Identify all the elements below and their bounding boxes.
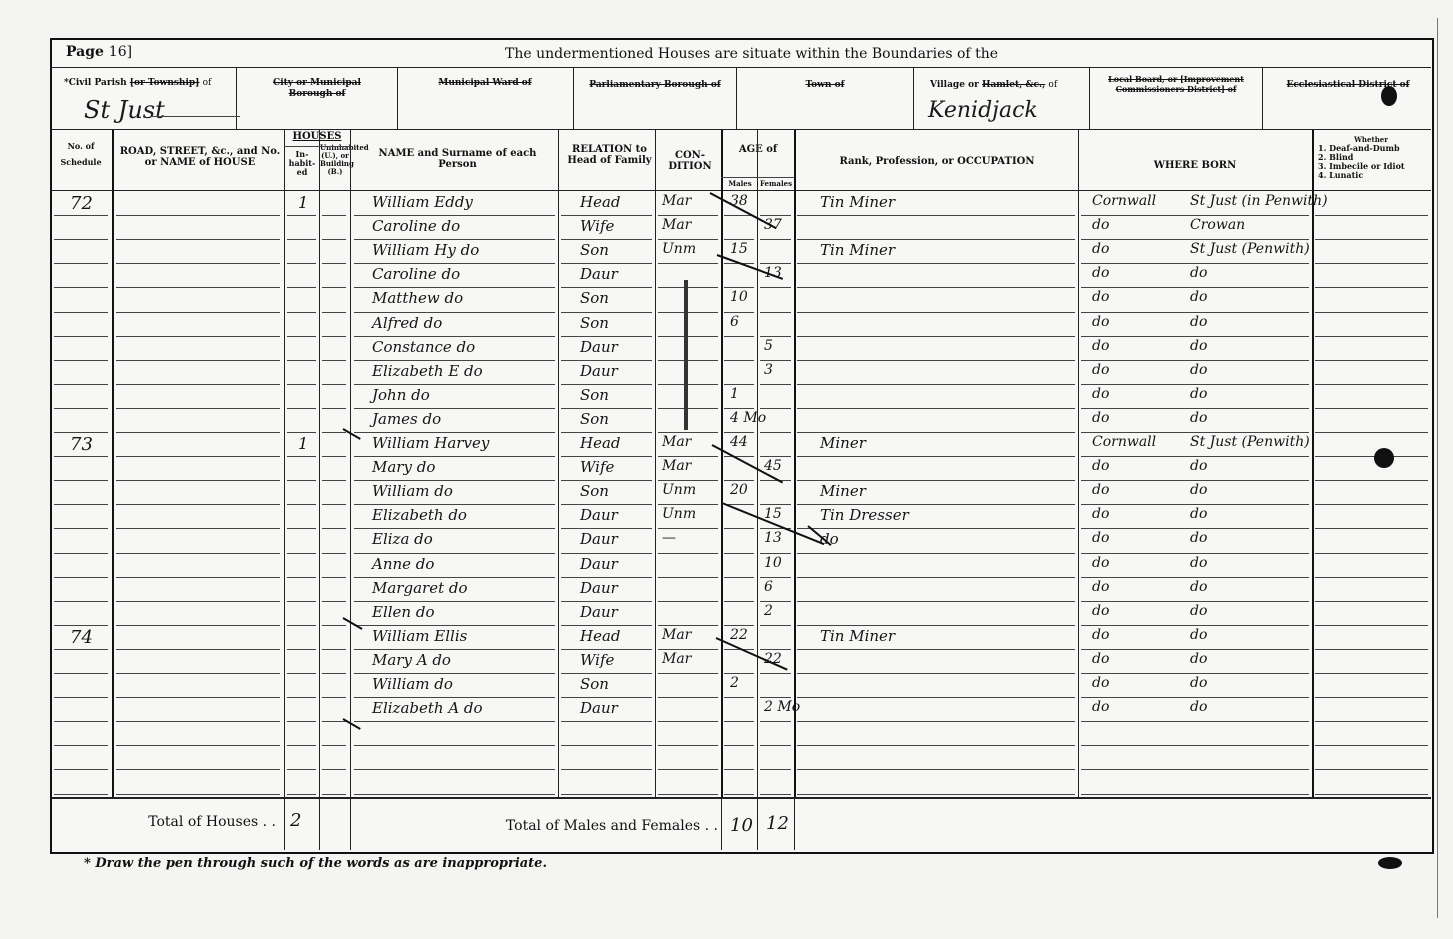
total-females: 12 xyxy=(766,813,789,834)
col-occupation: Rank, Profession, or OCCUPATION xyxy=(796,156,1078,167)
occupation: Tin Miner xyxy=(820,241,895,259)
row-rule xyxy=(561,312,652,313)
row-rule xyxy=(287,287,316,288)
row-rule xyxy=(54,721,108,722)
row-rule xyxy=(760,287,791,288)
col-where-born: WHERE BORN xyxy=(1080,160,1310,171)
row-rule xyxy=(797,745,1075,746)
row-rule xyxy=(724,432,754,433)
row-rule xyxy=(1315,312,1428,313)
born-place: do xyxy=(1190,555,1207,571)
row-rule xyxy=(561,528,652,529)
row-rule xyxy=(724,769,754,770)
born-county: Cornwall xyxy=(1092,193,1156,209)
row-rule xyxy=(797,673,1075,674)
row-rule xyxy=(116,360,280,361)
row-rule xyxy=(760,721,791,722)
person-name: Ellen do xyxy=(372,603,434,621)
female-age: 5 xyxy=(764,338,773,354)
ink-blot xyxy=(1374,448,1394,468)
pencil-mark xyxy=(684,280,688,430)
male-age: 20 xyxy=(730,482,748,498)
row-rule xyxy=(561,239,652,240)
row-rule xyxy=(116,794,280,795)
person-name: Mary do xyxy=(372,458,435,476)
female-age: 3 xyxy=(764,362,773,378)
person-name: Elizabeth A do xyxy=(372,699,483,717)
column-rule xyxy=(350,130,351,797)
row-rule xyxy=(658,504,718,505)
row-rule xyxy=(561,456,652,457)
row-rule xyxy=(724,312,754,313)
row-rule xyxy=(354,480,555,481)
local-board-label: Local Board, or [Improvement Commissione… xyxy=(1094,74,1258,94)
condition: Mar xyxy=(662,217,691,233)
female-age: 45 xyxy=(764,458,782,474)
row-rule xyxy=(658,794,718,795)
row-rule xyxy=(1315,432,1428,433)
relation: Son xyxy=(580,410,609,428)
row-rule xyxy=(797,480,1075,481)
row-rule xyxy=(1081,384,1309,385)
row-rule xyxy=(116,504,280,505)
row-rule xyxy=(724,745,754,746)
row-rule xyxy=(658,553,718,554)
row-rule xyxy=(322,408,346,409)
person-name: Mary A do xyxy=(372,651,451,669)
row-rule xyxy=(322,528,346,529)
born-county: do xyxy=(1092,530,1109,546)
born-county: do xyxy=(1092,314,1109,330)
row-rule xyxy=(322,384,346,385)
row-rule xyxy=(724,287,754,288)
row-rule xyxy=(760,794,791,795)
row-rule xyxy=(760,625,791,626)
total-persons-label: Total of Males and Females . . xyxy=(420,818,718,834)
row-rule xyxy=(287,239,316,240)
total-males: 10 xyxy=(730,815,753,836)
row-rule xyxy=(322,697,346,698)
born-place: do xyxy=(1190,458,1207,474)
row-rule xyxy=(1081,480,1309,481)
row-rule xyxy=(354,794,555,795)
row-rule xyxy=(1081,456,1309,457)
row-rule xyxy=(760,312,791,313)
row-rule xyxy=(287,745,316,746)
row-rule xyxy=(354,553,555,554)
row-rule xyxy=(1315,625,1428,626)
row-rule xyxy=(354,673,555,674)
row-rule xyxy=(760,697,791,698)
row-rule xyxy=(561,673,652,674)
born-county: do xyxy=(1092,506,1109,522)
ecclesiastical-district-label: Ecclesiastical District of xyxy=(1268,80,1428,90)
row-rule xyxy=(658,697,718,698)
born-place: do xyxy=(1190,362,1207,378)
row-rule xyxy=(797,649,1075,650)
relation: Head xyxy=(580,193,621,211)
relation: Son xyxy=(580,482,609,500)
row-rule xyxy=(797,528,1075,529)
row-rule xyxy=(54,601,108,602)
person-name: Caroline do xyxy=(372,217,460,235)
row-rule xyxy=(561,384,652,385)
condition: Mar xyxy=(662,458,691,474)
row-rule xyxy=(287,456,316,457)
row-rule xyxy=(322,625,346,626)
col-road: ROAD, STREET, &c., and No. or NAME of HO… xyxy=(115,146,285,168)
row-rule xyxy=(54,697,108,698)
relation: Daur xyxy=(580,579,618,597)
male-age: 6 xyxy=(730,314,739,330)
born-place: Crowan xyxy=(1190,217,1245,233)
relation: Daur xyxy=(580,555,618,573)
row-rule xyxy=(287,769,316,770)
row-rule xyxy=(54,480,108,481)
born-place: St Just (Penwith) xyxy=(1190,241,1310,257)
row-rule xyxy=(54,360,108,361)
row-rule xyxy=(797,794,1075,795)
row-rule xyxy=(1315,287,1428,288)
row-rule xyxy=(54,577,108,578)
column-rule xyxy=(284,797,285,850)
born-county: do xyxy=(1092,699,1109,715)
col-males: Males xyxy=(723,180,757,188)
schedule-number: 74 xyxy=(70,627,93,648)
row-rule xyxy=(797,504,1075,505)
born-county: do xyxy=(1092,410,1109,426)
person-name: William Hy do xyxy=(372,241,479,259)
born-place: do xyxy=(1190,289,1207,305)
row-rule xyxy=(658,480,718,481)
row-rule xyxy=(1081,673,1309,674)
row-rule xyxy=(287,577,316,578)
condition: Mar xyxy=(662,627,691,643)
row-rule xyxy=(54,649,108,650)
column-rule xyxy=(1078,130,1079,797)
row-rule xyxy=(1081,649,1309,650)
row-rule xyxy=(797,577,1075,578)
row-rule xyxy=(658,287,718,288)
condition: Unm xyxy=(662,506,696,522)
row-rule xyxy=(1081,287,1309,288)
column-rule xyxy=(350,797,351,850)
row-rule xyxy=(760,504,791,505)
row-rule xyxy=(724,336,754,337)
born-place: do xyxy=(1190,603,1207,619)
row-rule xyxy=(116,239,280,240)
page-edge xyxy=(1437,18,1438,918)
row-rule xyxy=(1315,408,1428,409)
row-rule xyxy=(658,625,718,626)
row-rule xyxy=(354,577,555,578)
person-name: Matthew do xyxy=(372,289,463,307)
row-rule xyxy=(724,697,754,698)
row-rule xyxy=(797,721,1075,722)
born-county: do xyxy=(1092,362,1109,378)
row-rule xyxy=(287,697,316,698)
female-age: 2 Mo xyxy=(764,699,800,715)
row-rule xyxy=(1315,577,1428,578)
row-rule xyxy=(561,769,652,770)
female-age: 13 xyxy=(764,530,782,546)
row-rule xyxy=(760,601,791,602)
footnote: * Draw the pen through such of the words… xyxy=(84,856,547,871)
relation: Son xyxy=(580,675,609,693)
row-rule xyxy=(1315,721,1428,722)
row-rule xyxy=(287,360,316,361)
person-name: John do xyxy=(372,386,430,404)
row-rule xyxy=(287,673,316,674)
row-rule xyxy=(561,601,652,602)
row-rule xyxy=(287,528,316,529)
row-rule xyxy=(322,480,346,481)
row-rule xyxy=(561,745,652,746)
row-rule xyxy=(561,480,652,481)
row-rule xyxy=(54,528,108,529)
houses-inhabited: 1 xyxy=(298,434,308,453)
row-rule xyxy=(116,697,280,698)
row-rule xyxy=(1315,769,1428,770)
row-rule xyxy=(54,456,108,457)
row-rule xyxy=(797,384,1075,385)
row-rule xyxy=(54,312,108,313)
row-rule xyxy=(658,432,718,433)
row-rule xyxy=(354,769,555,770)
row-rule xyxy=(287,504,316,505)
born-county: do xyxy=(1092,458,1109,474)
person-name: William do xyxy=(372,675,453,693)
row-rule xyxy=(322,239,346,240)
row-rule xyxy=(287,794,316,795)
row-rule xyxy=(1081,721,1309,722)
row-rule xyxy=(797,263,1075,264)
row-rule xyxy=(116,336,280,337)
row-rule xyxy=(760,673,791,674)
row-rule xyxy=(354,504,555,505)
relation: Daur xyxy=(580,338,618,356)
row-rule xyxy=(561,432,652,433)
whether-list: 1. Deaf-and-Dumb2. Blind3. Imbecile or I… xyxy=(1318,144,1405,180)
row-rule xyxy=(1315,215,1428,216)
row-rule xyxy=(1081,360,1309,361)
row-rule xyxy=(658,528,718,529)
row-rule xyxy=(724,673,754,674)
row-rule xyxy=(322,287,346,288)
row-rule xyxy=(287,625,316,626)
row-rule xyxy=(561,697,652,698)
person-name: Margaret do xyxy=(372,579,468,597)
born-place: do xyxy=(1190,530,1207,546)
row-rule xyxy=(354,408,555,409)
row-rule xyxy=(54,408,108,409)
row-rule xyxy=(116,312,280,313)
total-houses-label: Total of Houses . . xyxy=(120,814,276,830)
row-rule xyxy=(287,553,316,554)
row-rule xyxy=(561,553,652,554)
col-relation: RELATION to Head of Family xyxy=(562,144,657,166)
row-rule xyxy=(322,745,346,746)
born-county: do xyxy=(1092,241,1109,257)
row-rule xyxy=(1081,408,1309,409)
born-county: do xyxy=(1092,217,1109,233)
row-rule xyxy=(1315,794,1428,795)
born-county: do xyxy=(1092,555,1109,571)
person-name: Constance do xyxy=(372,338,475,356)
relation: Daur xyxy=(580,530,618,548)
born-county: do xyxy=(1092,386,1109,402)
male-age: 15 xyxy=(730,241,748,257)
relation: Son xyxy=(580,241,609,259)
born-place: do xyxy=(1190,579,1207,595)
row-rule xyxy=(287,263,316,264)
row-rule xyxy=(1081,263,1309,264)
row-rule xyxy=(760,336,791,337)
row-rule xyxy=(658,239,718,240)
born-place: do xyxy=(1190,482,1207,498)
born-place: St Just (in Penwith) xyxy=(1190,193,1328,209)
born-place: do xyxy=(1190,410,1207,426)
row-rule xyxy=(797,697,1075,698)
row-rule xyxy=(354,456,555,457)
row-rule xyxy=(760,577,791,578)
row-rule xyxy=(797,432,1075,433)
row-rule xyxy=(287,649,316,650)
civil-parish-label: *Civil Parish [or Township] of xyxy=(64,78,211,88)
col-condition: CON-DITION xyxy=(660,150,720,172)
row-rule xyxy=(54,553,108,554)
row-rule xyxy=(1081,601,1309,602)
row-rule xyxy=(797,456,1075,457)
row-rule xyxy=(658,263,718,264)
row-rule xyxy=(724,360,754,361)
relation: Wife xyxy=(580,651,614,669)
row-rule xyxy=(54,336,108,337)
row-rule xyxy=(658,408,718,409)
male-age: 2 xyxy=(730,675,739,691)
row-rule xyxy=(322,769,346,770)
row-rule xyxy=(1081,577,1309,578)
row-rule xyxy=(724,794,754,795)
row-rule xyxy=(797,769,1075,770)
row-rule xyxy=(54,769,108,770)
column-rule xyxy=(794,130,796,797)
row-rule xyxy=(116,287,280,288)
column-rule xyxy=(794,797,795,850)
relation: Head xyxy=(580,627,621,645)
row-rule xyxy=(1081,745,1309,746)
row-rule xyxy=(658,384,718,385)
row-rule xyxy=(322,312,346,313)
row-rule xyxy=(1315,601,1428,602)
parliamentary-borough-label: Parliamentary Borough of xyxy=(580,80,730,90)
person-name: Alfred do xyxy=(372,314,442,332)
row-rule xyxy=(561,215,652,216)
row-rule xyxy=(561,336,652,337)
row-rule xyxy=(287,336,316,337)
occupation: Miner xyxy=(820,434,866,452)
row-rule xyxy=(116,649,280,650)
row-rule xyxy=(354,432,555,433)
row-rule xyxy=(724,553,754,554)
row-rule xyxy=(1081,312,1309,313)
ink-blot-bottom xyxy=(1378,857,1402,869)
row-rule xyxy=(354,239,555,240)
relation: Wife xyxy=(580,217,614,235)
born-county: Cornwall xyxy=(1092,434,1156,450)
row-rule xyxy=(561,408,652,409)
row-rule xyxy=(116,745,280,746)
relation: Daur xyxy=(580,362,618,380)
row-rule xyxy=(54,287,108,288)
column-rule xyxy=(284,130,285,797)
row-rule xyxy=(1315,504,1428,505)
row-rule xyxy=(1081,215,1309,216)
row-rule xyxy=(322,673,346,674)
whether-item: 4. Lunatic xyxy=(1318,171,1405,180)
row-rule xyxy=(561,504,652,505)
row-rule xyxy=(724,456,754,457)
born-county: do xyxy=(1092,265,1109,281)
condition: Mar xyxy=(662,193,691,209)
row-rule xyxy=(658,577,718,578)
born-county: do xyxy=(1092,338,1109,354)
row-rule xyxy=(760,456,791,457)
row-rule xyxy=(797,601,1075,602)
row-rule xyxy=(116,408,280,409)
row-rule xyxy=(322,721,346,722)
row-rule xyxy=(797,287,1075,288)
row-rule xyxy=(658,312,718,313)
column-rule xyxy=(319,130,320,797)
col-houses: HOUSES xyxy=(286,131,348,142)
row-rule xyxy=(116,769,280,770)
rule xyxy=(721,177,794,178)
column-rule xyxy=(721,797,722,850)
row-rule xyxy=(658,601,718,602)
occupation: Tin Miner xyxy=(820,627,895,645)
born-county: do xyxy=(1092,289,1109,305)
row-rule xyxy=(797,312,1075,313)
row-rule xyxy=(561,287,652,288)
relation: Daur xyxy=(580,265,618,283)
occupation: Miner xyxy=(820,482,866,500)
male-age: 1 xyxy=(730,386,739,402)
row-rule xyxy=(116,673,280,674)
male-age: 10 xyxy=(730,289,748,305)
person-name: Anne do xyxy=(372,555,434,573)
male-age: 4 Mo xyxy=(730,410,766,426)
row-rule xyxy=(354,312,555,313)
row-rule xyxy=(54,673,108,674)
village-label: Village or Hamlet, &c., of xyxy=(930,80,1057,90)
row-rule xyxy=(287,721,316,722)
total-houses-inhabited: 2 xyxy=(290,810,301,831)
row-rule xyxy=(1315,239,1428,240)
col-age: AGE of xyxy=(723,144,793,155)
row-rule xyxy=(287,601,316,602)
row-rule xyxy=(724,408,754,409)
row-rule xyxy=(1315,456,1428,457)
person-name: William Eddy xyxy=(372,193,473,211)
born-place: do xyxy=(1190,651,1207,667)
row-rule xyxy=(724,721,754,722)
page-label: Page 16] xyxy=(66,44,132,60)
row-rule xyxy=(322,263,346,264)
born-county: do xyxy=(1092,603,1109,619)
relation: Head xyxy=(580,434,621,452)
row-rule xyxy=(354,384,555,385)
